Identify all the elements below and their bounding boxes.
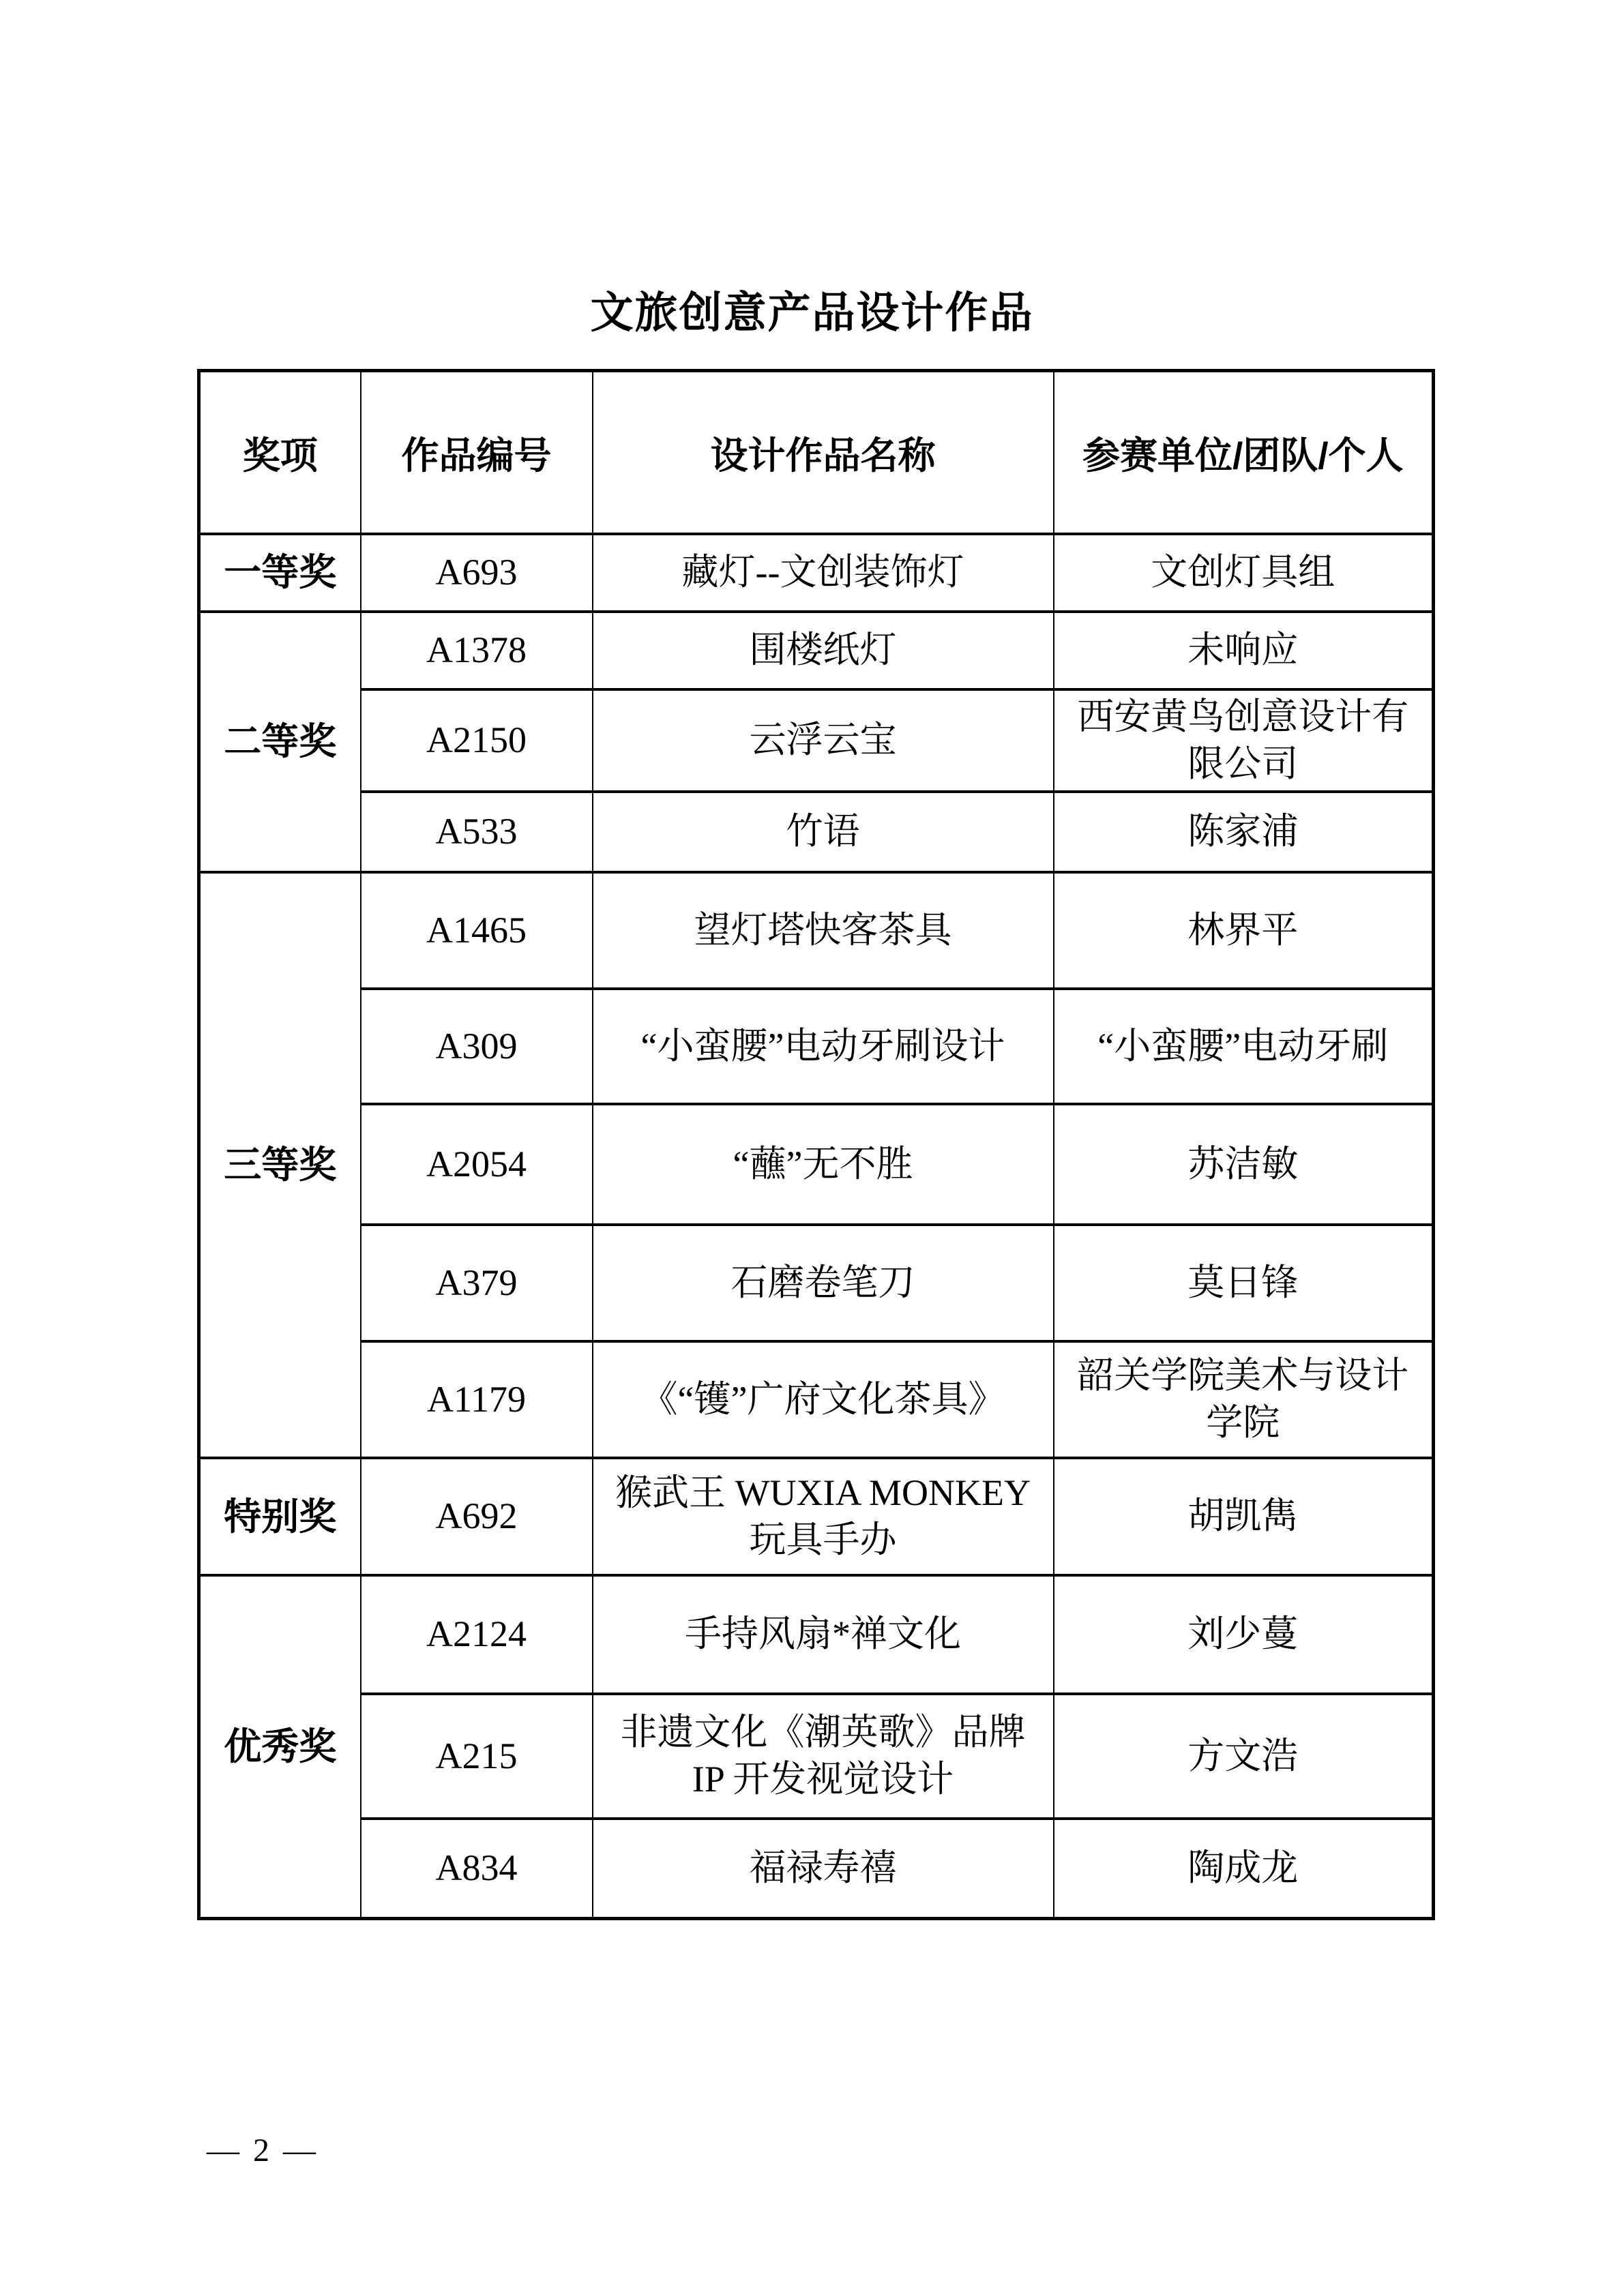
code-cell: A693 (361, 534, 593, 612)
work-name-cell: 石磨卷笔刀 (593, 1225, 1054, 1341)
table-row: A379 石磨卷笔刀 莫日锋 (199, 1225, 1434, 1341)
award-cell: 特别奖 (199, 1458, 361, 1575)
col-header-entrant: 参赛单位/团队/个人 (1054, 371, 1434, 534)
code-cell: A2150 (361, 689, 593, 792)
entrant-cell: 陈家浦 (1054, 792, 1434, 872)
work-name-cell: 望灯塔快客茶具 (593, 872, 1054, 989)
entrant-cell: 西安黄鸟创意设计有限公司 (1054, 689, 1434, 792)
page-title: 文旅创意产品设计作品 (0, 0, 1624, 340)
work-name-cell: “蘸”无不胜 (593, 1104, 1054, 1225)
entrant-cell: 陶成龙 (1054, 1819, 1434, 1919)
table-row: 特别奖 A692 猴武王 WUXIA MONKEY 玩具手办 胡凯雋 (199, 1458, 1434, 1575)
award-cell: 优秀奖 (199, 1575, 361, 1919)
entrant-cell: 未响应 (1054, 612, 1434, 689)
table-row: A1179 《“镬”广府文化茶具》 韶关学院美术与设计学院 (199, 1341, 1434, 1458)
entrant-cell: 刘少蔓 (1054, 1575, 1434, 1694)
work-name-cell: 围楼纸灯 (593, 612, 1054, 689)
award-cell: 二等奖 (199, 612, 361, 872)
col-header-code: 作品编号 (361, 371, 593, 534)
code-cell: A1179 (361, 1341, 593, 1458)
work-name-cell: 非遗文化《潮英歌》品牌 IP 开发视觉设计 (593, 1694, 1054, 1819)
table-row: A533 竹语 陈家浦 (199, 792, 1434, 872)
entrant-cell: 韶关学院美术与设计学院 (1054, 1341, 1434, 1458)
code-cell: A1378 (361, 612, 593, 689)
table-row: A215 非遗文化《潮英歌》品牌 IP 开发视觉设计 方文浩 (199, 1694, 1434, 1819)
entrant-cell: 胡凯雋 (1054, 1458, 1434, 1575)
code-cell: A379 (361, 1225, 593, 1341)
work-name-cell: 猴武王 WUXIA MONKEY 玩具手办 (593, 1458, 1054, 1575)
awards-table: 奖项 作品编号 设计作品名称 参赛单位/团队/个人 一等奖 A693 藏灯--文… (197, 369, 1435, 1920)
entrant-cell: 林界平 (1054, 872, 1434, 989)
entrant-cell: 方文浩 (1054, 1694, 1434, 1819)
work-name-cell: 福禄寿禧 (593, 1819, 1054, 1919)
work-name-cell: 藏灯--文创装饰灯 (593, 534, 1054, 612)
work-name-cell: 《“镬”广府文化茶具》 (593, 1341, 1054, 1458)
table-row: A2150 云浮云宝 西安黄鸟创意设计有限公司 (199, 689, 1434, 792)
table-row: A2054 “蘸”无不胜 苏洁敏 (199, 1104, 1434, 1225)
code-cell: A2054 (361, 1104, 593, 1225)
work-name-cell: 竹语 (593, 792, 1054, 872)
table-row: 二等奖 A1378 围楼纸灯 未响应 (199, 612, 1434, 689)
code-cell: A1465 (361, 872, 593, 989)
code-cell: A215 (361, 1694, 593, 1819)
code-cell: A309 (361, 989, 593, 1104)
header-row: 奖项 作品编号 设计作品名称 参赛单位/团队/个人 (199, 371, 1434, 534)
code-cell: A692 (361, 1458, 593, 1575)
table-row: 三等奖 A1465 望灯塔快客茶具 林界平 (199, 872, 1434, 989)
entrant-cell: 苏洁敏 (1054, 1104, 1434, 1225)
award-cell: 三等奖 (199, 872, 361, 1458)
work-name-cell: 手持风扇*禅文化 (593, 1575, 1054, 1694)
work-name-cell: 云浮云宝 (593, 689, 1054, 792)
col-header-work-name: 设计作品名称 (593, 371, 1054, 534)
entrant-cell: 莫日锋 (1054, 1225, 1434, 1341)
award-cell: 一等奖 (199, 534, 361, 612)
table-row: A834 福禄寿禧 陶成龙 (199, 1819, 1434, 1919)
code-cell: A834 (361, 1819, 593, 1919)
page-number: — 2 — (207, 2132, 319, 2169)
table-row: A309 “小蛮腰”电动牙刷设计 “小蛮腰”电动牙刷 (199, 989, 1434, 1104)
code-cell: A2124 (361, 1575, 593, 1694)
work-name-cell: “小蛮腰”电动牙刷设计 (593, 989, 1054, 1104)
col-header-award: 奖项 (199, 371, 361, 534)
table-row: 优秀奖 A2124 手持风扇*禅文化 刘少蔓 (199, 1575, 1434, 1694)
entrant-cell: “小蛮腰”电动牙刷 (1054, 989, 1434, 1104)
table-row: 一等奖 A693 藏灯--文创装饰灯 文创灯具组 (199, 534, 1434, 612)
entrant-cell: 文创灯具组 (1054, 534, 1434, 612)
code-cell: A533 (361, 792, 593, 872)
